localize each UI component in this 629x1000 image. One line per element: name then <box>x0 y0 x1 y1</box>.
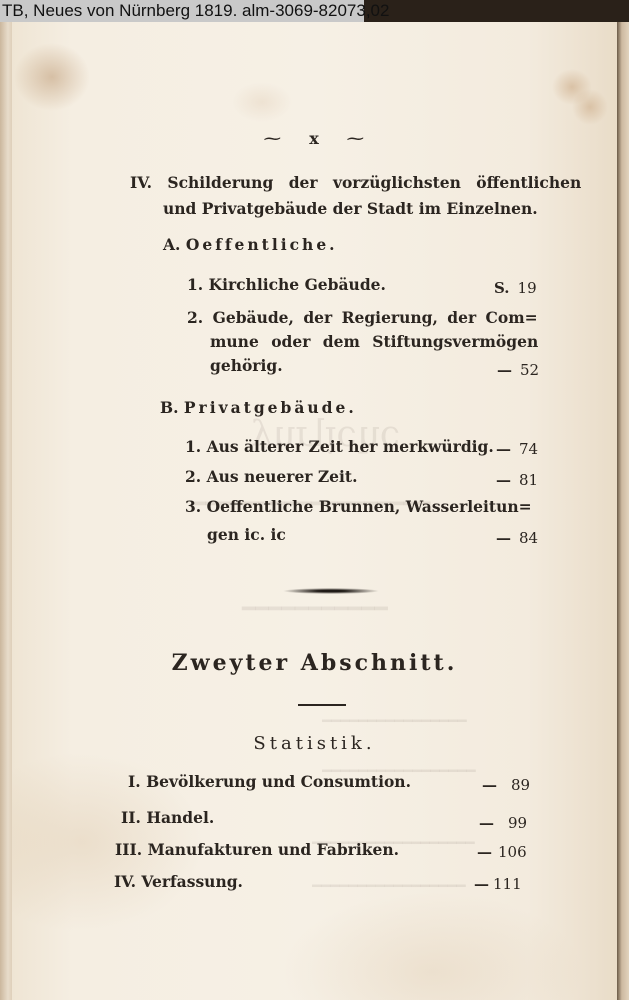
entry-title: Gebäude, der Regierung, der Com= <box>213 308 538 327</box>
toc-entry: 3. Oeffentliche Brunnen, Wasserleitun= <box>185 497 532 517</box>
ornament-swash-icon: ~ <box>262 128 285 149</box>
entry-title: Aus neuerer Zeit. <box>207 467 358 486</box>
entry-page-ref: —81 <box>496 470 538 490</box>
entry-title: Manufakturen und Fabriken. <box>148 840 399 859</box>
page-value: 19 <box>518 279 537 297</box>
page-prefix: — <box>497 361 512 379</box>
page-value: 52 <box>520 361 539 379</box>
page-prefix: S. <box>494 279 510 297</box>
section-title-line1: Schilderung der vorzüglichsten öffentlic… <box>167 173 581 192</box>
running-header: ~ x ~ <box>0 128 629 149</box>
page-value: 106 <box>498 843 527 861</box>
section-title-line2: und Privatgebäude der Stadt im Einzelnen… <box>163 199 538 219</box>
toc-entry: IV. Verfassung. <box>114 872 243 892</box>
part-title: Oeffentliche. <box>186 235 338 254</box>
entry-page-ref: —111 <box>474 874 522 894</box>
entry-title: Kirchliche Gebäude. <box>209 275 386 294</box>
part-label: A. <box>163 235 180 254</box>
entry-title-cont: gen ic. ic <box>207 525 286 545</box>
page-number: x <box>309 129 320 148</box>
part-label: B. <box>160 398 179 417</box>
page-value: 99 <box>508 814 527 832</box>
entry-number: III. <box>115 840 142 859</box>
page-prefix: — <box>496 529 511 547</box>
entry-title-cont: gehörig. <box>210 356 283 376</box>
entry-title: Oeffentliche Brunnen, Wasserleitun= <box>207 497 532 516</box>
entry-number: IV. <box>114 872 136 891</box>
page-prefix: — <box>496 440 511 458</box>
page-value: 74 <box>519 440 538 458</box>
entry-number: II. <box>121 808 141 827</box>
toc-entry: 2. Aus neuerer Zeit. <box>185 467 357 487</box>
entry-title-cont: mune oder dem Stiftungsvermögen <box>210 332 538 352</box>
entry-page-ref: —89 <box>482 775 530 795</box>
section-numeral: IV. <box>130 173 152 192</box>
ornament-swash-icon: ~ <box>345 128 368 149</box>
heading-rule <box>298 704 346 706</box>
page-value: 111 <box>493 875 522 893</box>
toc-entry: I. Bevölkerung und Consumtion. <box>128 772 411 792</box>
entry-title: Handel. <box>146 808 214 827</box>
entry-number: 1. <box>187 275 203 294</box>
toc-entry: III. Manufakturen und Fabriken. <box>115 840 399 860</box>
table-of-contents: ~ x ~ IV. Schilderung der vorzüglichsten… <box>0 0 629 1000</box>
page-prefix: — <box>479 814 494 832</box>
second-section-heading: Zweyter Abschnitt. <box>0 650 629 676</box>
toc-part-a: A. Oeffentliche. <box>163 235 338 255</box>
entry-page-ref: —99 <box>479 813 527 833</box>
toc-entry: II. Handel. <box>121 808 214 828</box>
entry-page-ref: S.19 <box>494 278 537 298</box>
entry-number: 1. <box>185 437 201 456</box>
toc-entry: 1. Aus älterer Zeit her merkwürdig. <box>185 437 494 457</box>
entry-number: 3. <box>185 497 201 516</box>
page-prefix: — <box>474 875 489 893</box>
entry-number: I. <box>128 772 141 791</box>
toc-entry: 1. Kirchliche Gebäude. <box>187 275 386 295</box>
page-prefix: — <box>482 776 497 794</box>
entry-title: Aus älterer Zeit her merkwürdig. <box>207 437 494 456</box>
entry-page-ref: —106 <box>477 842 527 862</box>
page-value: 89 <box>511 776 530 794</box>
entry-page-ref: —84 <box>496 528 538 548</box>
page-value: 84 <box>519 529 538 547</box>
entry-number: 2. <box>185 467 201 486</box>
ornamental-rule <box>283 588 379 594</box>
page-prefix: — <box>477 843 492 861</box>
toc-entry: 2. Gebäude, der Regierung, der Com= <box>187 308 538 328</box>
entry-page-ref: —74 <box>496 439 538 459</box>
entry-title: Bevölkerung und Consumtion. <box>146 772 411 791</box>
page-prefix: — <box>496 471 511 489</box>
toc-part-b: B. Privatgebäude. <box>160 398 357 418</box>
entry-page-ref: —52 <box>497 360 539 380</box>
image-caption: TB, Neues von Nürnberg 1819. alm-3069-82… <box>0 0 364 22</box>
entry-title: Verfassung. <box>141 872 243 891</box>
entry-number: 2. <box>187 308 203 327</box>
page-value: 81 <box>519 471 538 489</box>
second-section-subheading: Statistik. <box>0 733 629 754</box>
part-title: Privatgebäude. <box>184 398 357 417</box>
toc-section-iv: IV. Schilderung der vorzüglichsten öffen… <box>130 173 581 193</box>
